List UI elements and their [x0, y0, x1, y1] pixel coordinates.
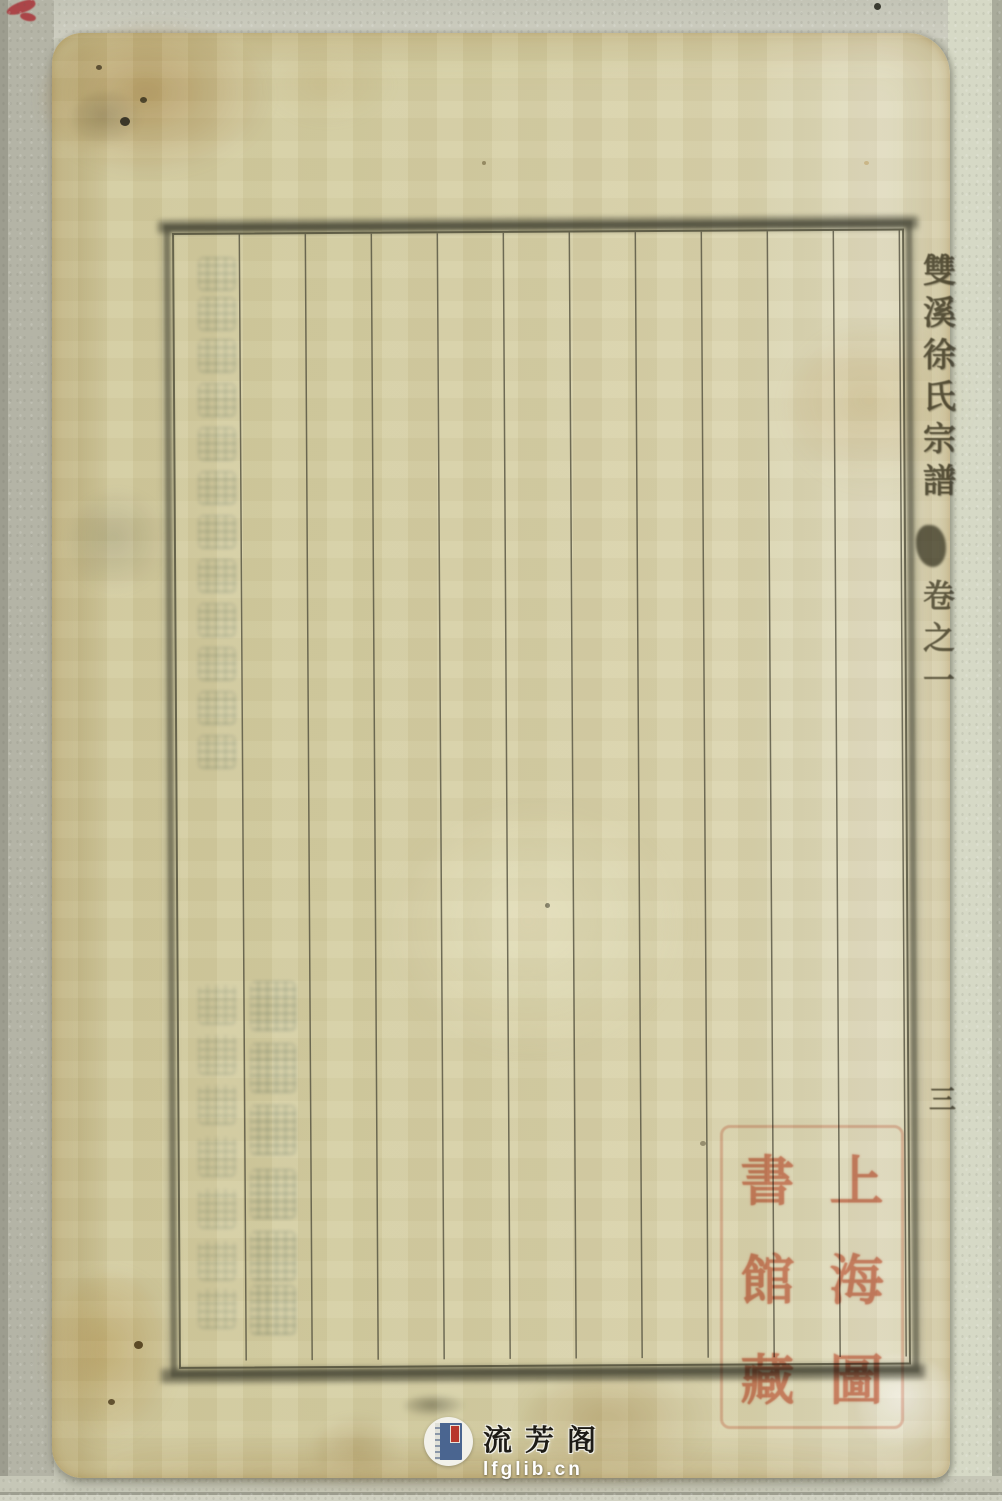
- watermark-site-domain: lfglib.cn: [483, 1459, 609, 1481]
- paper-sheet: 雙溪徐氏宗譜 卷之一 三 上 海 圖 書 館 藏: [52, 33, 950, 1478]
- book-title: 雙溪徐氏宗譜: [914, 253, 960, 553]
- book-title-label: [450, 1425, 460, 1443]
- foxing-speck: [96, 65, 102, 70]
- foxing-speck: [864, 161, 869, 165]
- backing-left: [0, 0, 54, 1501]
- volume-label: 卷之一: [914, 579, 960, 779]
- foxing-speck: [140, 97, 147, 103]
- dust-speck: [874, 3, 881, 10]
- stitched-book-icon: [435, 1423, 462, 1460]
- watermark-site-name: 流芳阁: [483, 1418, 609, 1459]
- watermark-text: 流芳阁 lfglib.cn: [483, 1418, 609, 1481]
- seal-character: 館: [723, 1227, 812, 1326]
- site-watermark: 流芳阁 lfglib.cn: [424, 1417, 609, 1481]
- seal-character: 藏: [723, 1327, 812, 1426]
- watermark-circle: [424, 1417, 473, 1466]
- library-collection-seal: 上 海 圖 書 館 藏: [720, 1125, 904, 1429]
- scanned-genealogy-leaf: 雙溪徐氏宗譜 卷之一 三 上 海 圖 書 館 藏 流芳阁 lfglib.cn: [0, 0, 1002, 1501]
- backing-edge-light: [0, 1495, 1002, 1501]
- ink-blot: [916, 525, 946, 567]
- seal-character: 上: [812, 1128, 901, 1227]
- foxing-speck: [134, 1341, 143, 1349]
- paper-stain: [42, 25, 272, 175]
- paper-stain: [272, 53, 392, 123]
- foxing-speck: [120, 117, 130, 126]
- seal-character: 書: [723, 1128, 812, 1227]
- foxing-speck: [108, 1399, 115, 1405]
- foxing-speck: [482, 161, 486, 165]
- paper-stain: [68, 493, 168, 593]
- page-number: 三: [920, 1085, 959, 1112]
- paper-stain: [314, 1418, 404, 1483]
- paper-stain: [72, 91, 142, 146]
- paper-stain: [46, 1273, 176, 1443]
- seal-character: 海: [812, 1227, 901, 1326]
- paper-stain: [404, 1395, 466, 1417]
- caption-column: 雙溪徐氏宗譜 卷之一 三: [912, 33, 960, 1478]
- book-stitching: [435, 1423, 440, 1460]
- seal-character: 圖: [812, 1327, 901, 1426]
